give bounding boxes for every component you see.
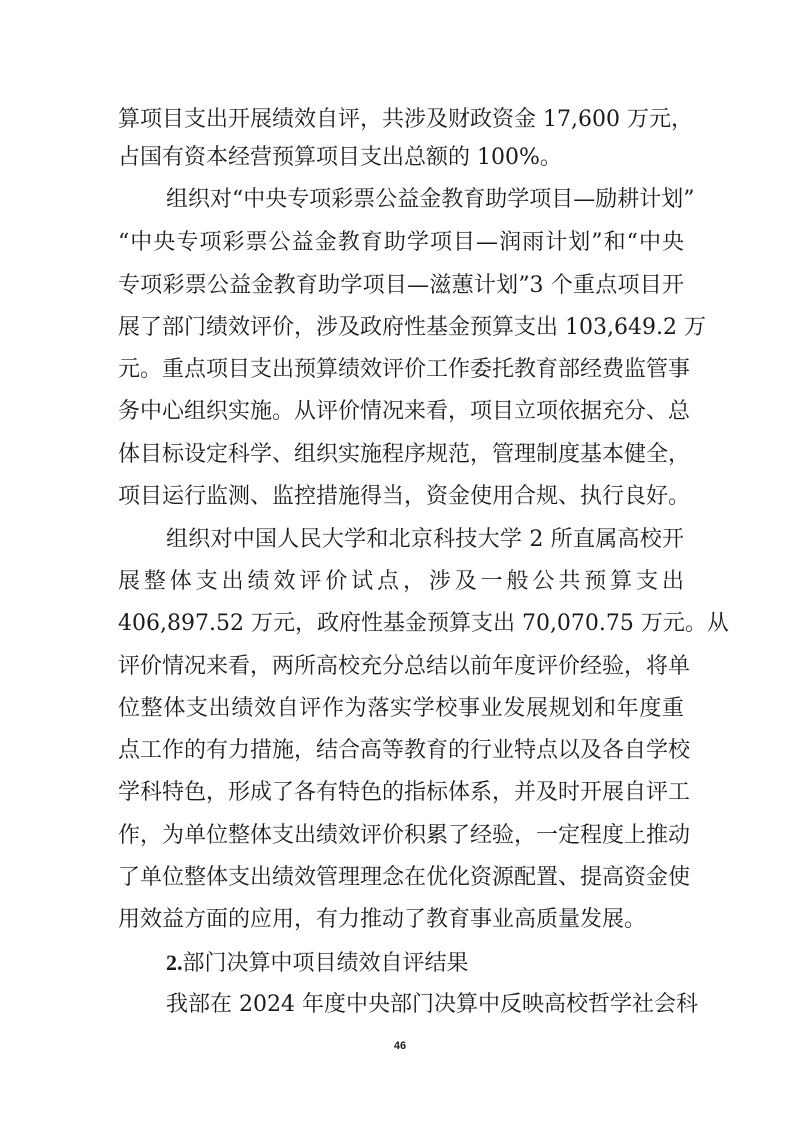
text-line: 项目运行监测、监控措施得当，资金使用合规、执行良好。 [118,482,684,512]
text-line: 占国有资本经营预算项目支出总额的 100%。 [118,143,684,173]
text-line: 了单位整体支出绩效管理理念在优化资源配置、提高资金使 [118,863,684,893]
text-line: 位整体支出绩效自评作为落实学校事业发展规划和年度重 [118,694,684,724]
text-line: 点工作的有力措施，结合高等教育的行业特点以及各自学校 [118,736,684,766]
paragraph-start-line: 组织对中国人民大学和北京科技大学 2 所直属高校开 [166,525,684,555]
section-heading: 2.部门决算中项目绩效自评结果 [166,948,469,979]
section-number: 2. [166,950,183,975]
text-line: 用效益方面的应用，有力推动了教育事业高质量发展。 [118,905,684,935]
text-line: 展整体支出绩效评价试点，涉及一般公共预算支出 [118,567,684,597]
paragraph-start-line: 组织对“中央专项彩票公益金教育助学项目—励耕计划” [166,185,684,215]
text-line: 元。重点项目支出预算绩效评价工作委托教育部经费监管事 [118,355,684,385]
section-title: 部门决算中项目绩效自评结果 [183,951,469,976]
text-line: 专项彩票公益金教育助学项目—滋蕙计划”3 个重点项目开 [118,271,684,301]
paragraph-start-line: 我部在 2024 年度中央部门决算中反映高校哲学社会科 [166,990,684,1020]
document-page: 算项目支出开展绩效自评，共涉及财政资金 17,600 万元， 占国有资本经营预算… [0,0,800,1131]
text-line: 务中心组织实施。从评价情况来看，项目立项依据充分、总 [118,397,684,427]
text-line: “中央专项彩票公益金教育助学项目—润雨计划”和“中央 [118,228,684,258]
text-line: 体目标设定科学、组织实施程序规范，管理制度基本健全， [118,440,684,470]
page-number: 46 [0,1040,800,1052]
text-line: 学科特色，形成了各有特色的指标体系，并及时开展自评工 [118,778,684,808]
text-line: 406,897.52 万元，政府性基金预算支出 70,070.75 万元。从 [118,609,684,639]
text-line: 评价情况来看，两所高校充分总结以前年度评价经验，将单 [118,652,684,682]
text-line: 算项目支出开展绩效自评，共涉及财政资金 17,600 万元， [118,105,684,135]
text-line: 展了部门绩效评价，涉及政府性基金预算支出 103,649.2 万 [118,313,684,343]
text-line: 作，为单位整体支出绩效评价积累了经验，一定程度上推动 [118,821,684,851]
